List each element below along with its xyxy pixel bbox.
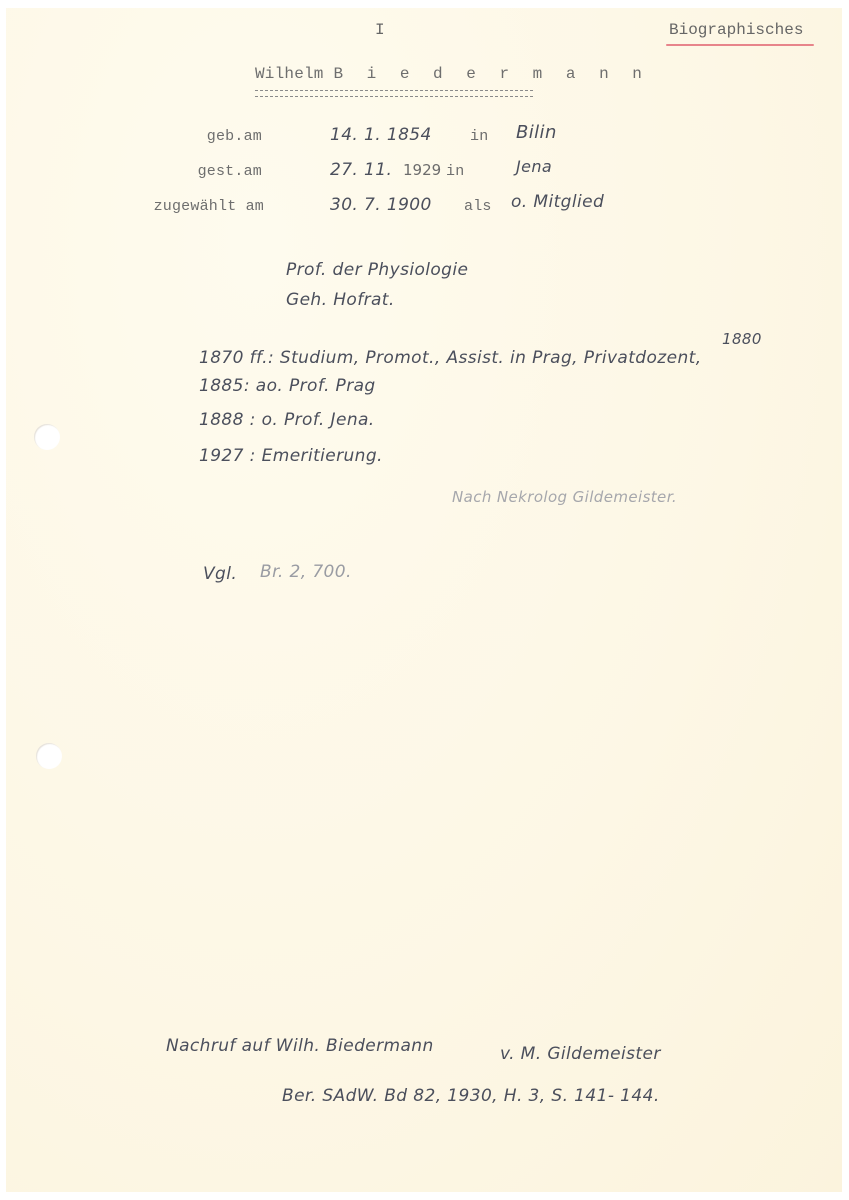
fact-date-elected: 30. 7. 1900 bbox=[330, 195, 432, 215]
fact-label-elected: zugewählt am bbox=[112, 198, 264, 215]
punch-hole bbox=[36, 743, 62, 769]
page-marker: I bbox=[375, 21, 385, 39]
fact-date-died-handwritten: 27. 11. bbox=[330, 160, 392, 180]
bibliography-title: Nachruf auf Wilh. Biedermann bbox=[166, 1036, 434, 1056]
career-line: 1888 : o. Prof. Jena. bbox=[199, 410, 375, 430]
career-superscript-year: 1880 bbox=[722, 330, 762, 348]
title-professor: Prof. der Physiologie bbox=[286, 260, 468, 280]
bibliography-author: v. M. Gildemeister bbox=[500, 1044, 661, 1064]
fact-date-died-printed: 1929 bbox=[403, 161, 441, 179]
source-note: Nach Nekrolog Gildemeister. bbox=[452, 488, 677, 506]
punch-hole bbox=[34, 424, 60, 450]
section-label: Biographisches bbox=[669, 21, 803, 39]
fact-connector-died: in bbox=[446, 163, 464, 180]
name-double-underline bbox=[255, 90, 533, 97]
fact-membership: o. Mitglied bbox=[511, 192, 604, 212]
title-hofrat: Geh. Hofrat. bbox=[286, 290, 395, 310]
fact-place-died: Jena bbox=[516, 157, 552, 176]
fact-label-born: geb.am bbox=[112, 128, 262, 145]
career-line: 1927 : Emeritierung. bbox=[199, 446, 383, 466]
fact-connector-born: in bbox=[470, 128, 488, 145]
fact-connector-elected: als bbox=[464, 198, 492, 215]
section-red-underline bbox=[666, 44, 814, 46]
fact-date-born: 14. 1. 1854 bbox=[330, 125, 432, 145]
last-name: B i e d e r m a n n bbox=[333, 65, 648, 83]
reference-prefix: Vgl. bbox=[203, 564, 237, 584]
reference-value: Br. 2, 700. bbox=[260, 562, 352, 582]
fact-label-died: gest.am bbox=[112, 163, 262, 180]
archive-card-page: I Biographisches Wilhelm B i e d e r m a… bbox=[6, 8, 842, 1192]
person-name: Wilhelm B i e d e r m a n n bbox=[255, 65, 649, 83]
fact-place-born: Bilin bbox=[516, 122, 557, 143]
bibliography-citation: Ber. SAdW. Bd 82, 1930, H. 3, S. 141- 14… bbox=[282, 1086, 660, 1106]
career-line: 1870 ff.: Studium, Promot., Assist. in P… bbox=[199, 348, 702, 368]
career-line: 1885: ao. Prof. Prag bbox=[199, 376, 376, 396]
first-name: Wilhelm bbox=[255, 65, 324, 83]
